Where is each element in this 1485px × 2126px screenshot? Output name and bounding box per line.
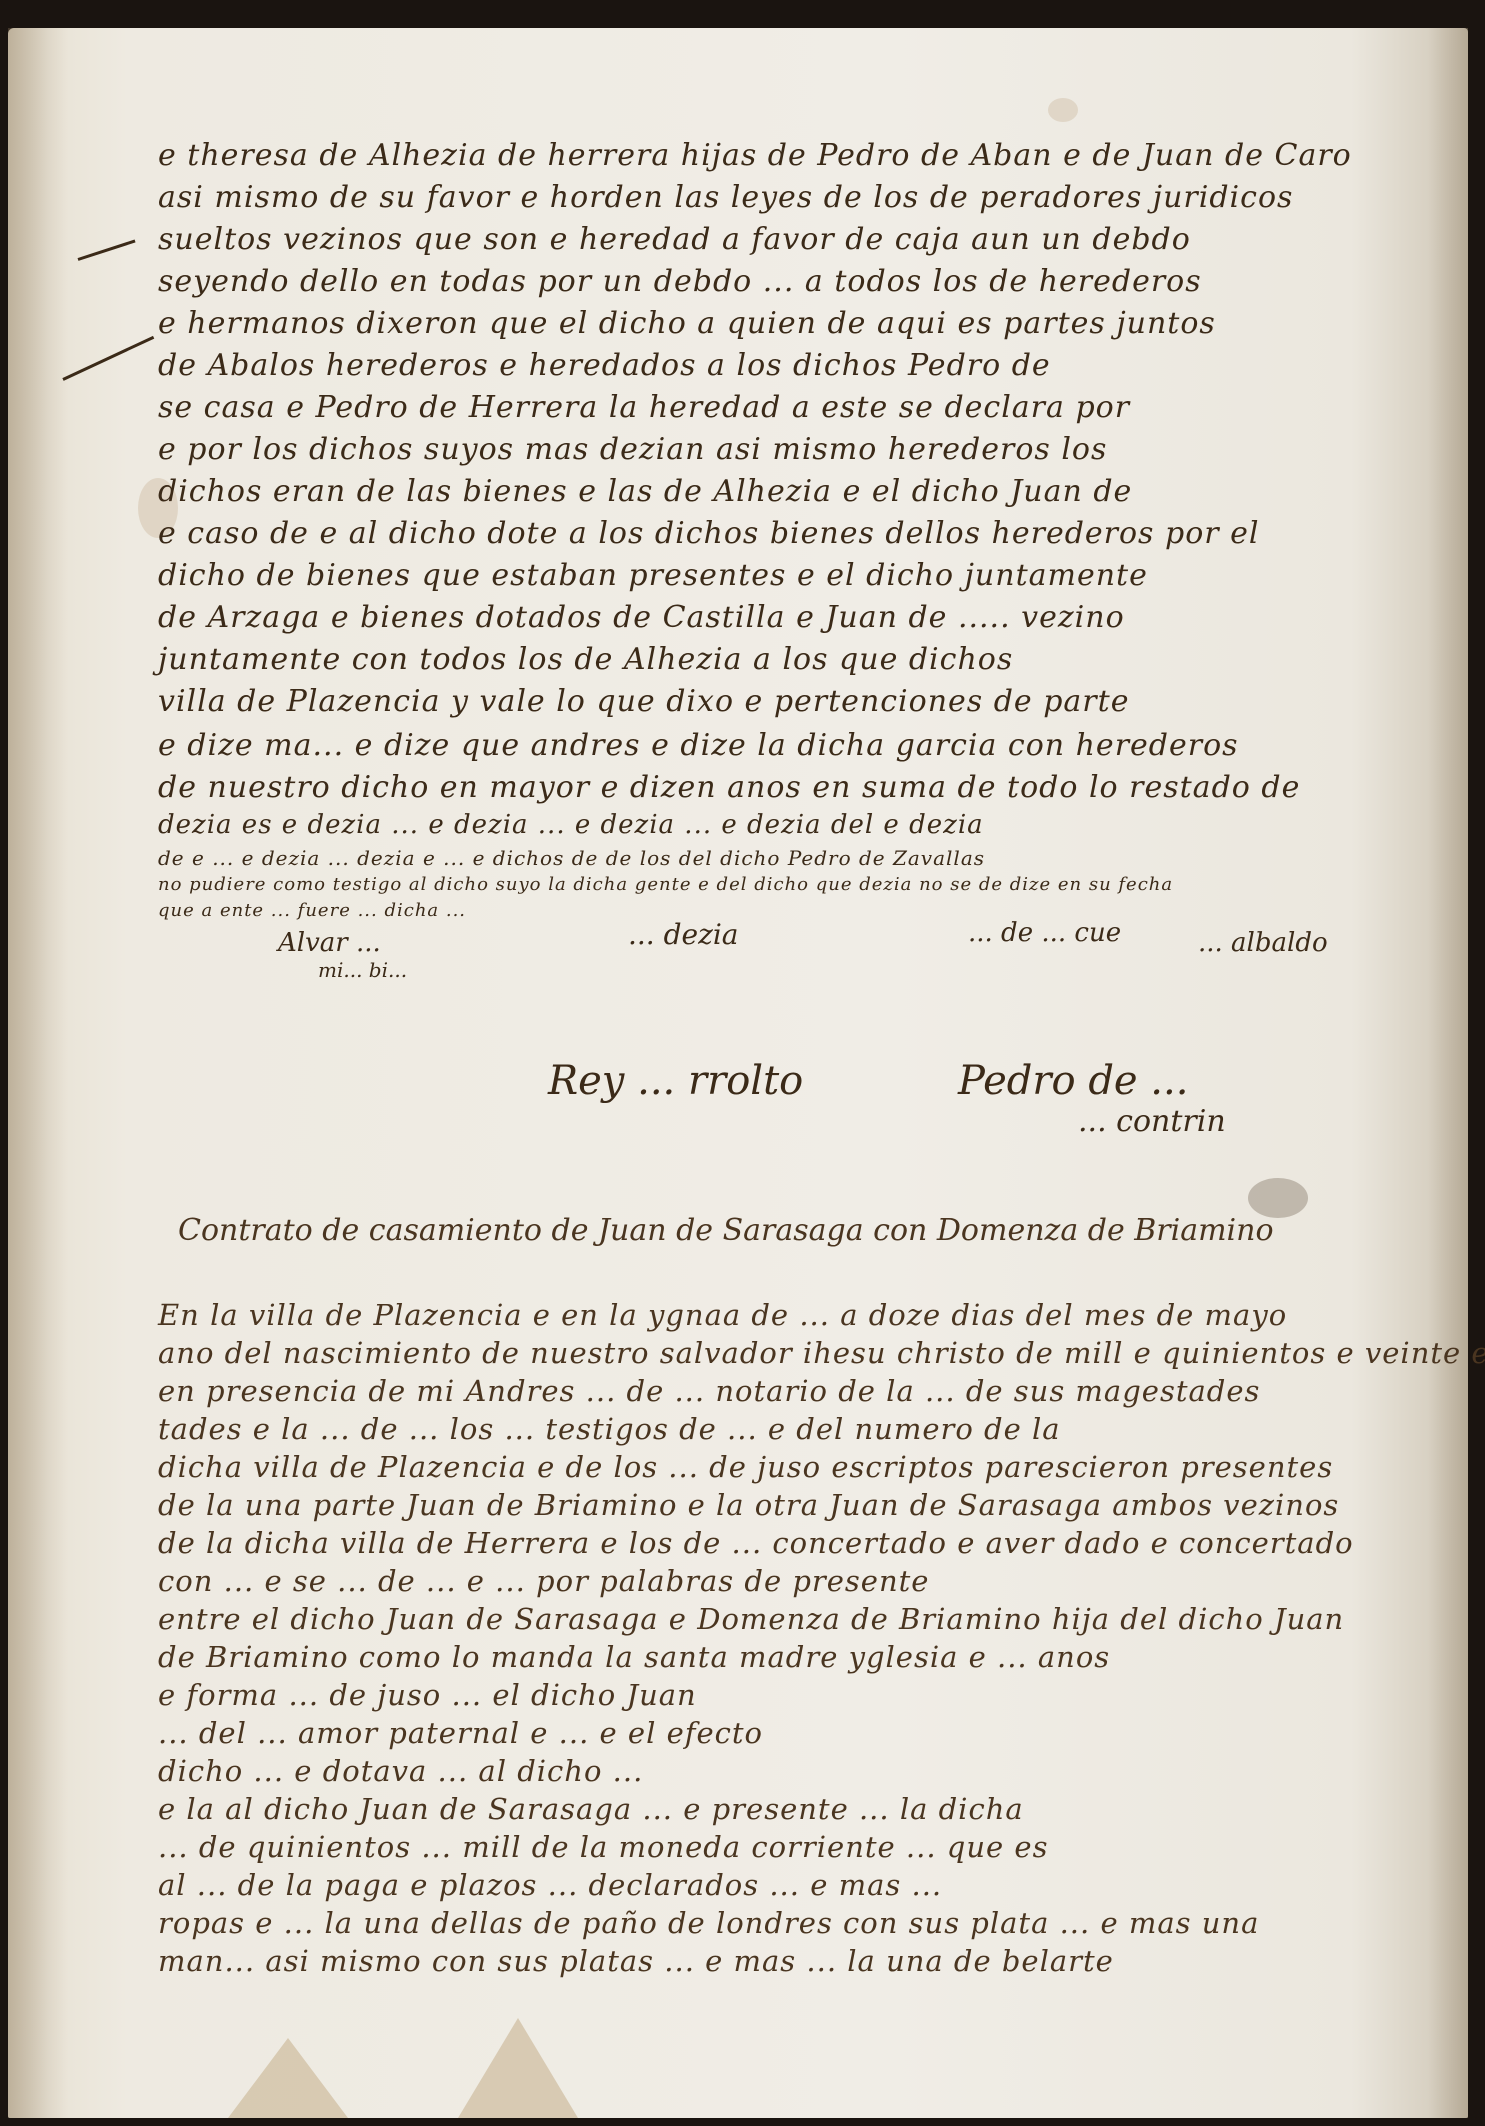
signature: Rey ... rrolto [548, 1058, 803, 1104]
margin-mark [62, 336, 154, 381]
text-line: entre el dicho Juan de Sarasaga e Domenz… [158, 1602, 1344, 1636]
signature: ... albaldo [1198, 928, 1328, 958]
signature-name: ... dezia [628, 918, 739, 951]
text-line: ... de quinientos ... mill de la moneda … [158, 1830, 1048, 1864]
paper-stain [1048, 98, 1078, 122]
text-line: no pudiere como testigo al dicho suyo la… [158, 874, 1173, 895]
text-line: con ... e se ... de ... e ... por palabr… [158, 1564, 929, 1598]
torn-edge [228, 2038, 348, 2118]
text-line: sueltos vezinos que son e heredad a favo… [158, 222, 1191, 257]
signature: ... de ... cue [968, 918, 1121, 948]
text-line: asi mismo de su favor e horden las leyes… [158, 180, 1293, 215]
text-line: dicho de bienes que estaban presentes e … [158, 558, 1148, 593]
signature-name: Pedro de ... [958, 1058, 1226, 1104]
text-line: e la al dicho Juan de Sarasaga ... e pre… [158, 1792, 1024, 1826]
binding-shadow [8, 28, 68, 2118]
text-line: tades e la ... de ... los ... testigos d… [158, 1412, 1061, 1446]
text-line: e hermanos dixeron que el dicho a quien … [158, 306, 1216, 341]
text-line: de la dicha villa de Herrera e los de ..… [158, 1526, 1354, 1560]
text-line: de nuestro dicho en mayor e dizen anos e… [158, 770, 1300, 805]
text-line: dicho ... e dotava ... al dicho ... [158, 1754, 643, 1788]
text-line: e por los dichos suyos mas dezian asi mi… [158, 432, 1107, 467]
text-line: ropas e ... la una dellas de paño de lon… [158, 1906, 1259, 1940]
text-line: dezia es e dezia ... e dezia ... e dezia… [158, 810, 984, 840]
text-line: ... del ... amor paternal e ... e el efe… [158, 1716, 763, 1750]
text-line: e dize ma... e dize que andres e dize la… [158, 728, 1239, 763]
signature: Alvar ... mi... bi... [278, 928, 407, 982]
text-line: villa de Plazencia y vale lo que dixo e … [158, 684, 1129, 719]
signature-name: Alvar ... [278, 928, 407, 958]
text-line: de Abalos herederos e heredados a los di… [158, 348, 1051, 383]
text-line: de la una parte Juan de Briamino e la ot… [158, 1488, 1339, 1522]
text-line: e forma ... de juso ... el dicho Juan [158, 1678, 697, 1712]
signature: ... dezia [628, 918, 739, 951]
torn-edge [458, 2018, 578, 2118]
text-line: se casa e Pedro de Herrera la heredad a … [158, 390, 1130, 425]
text-line: de e ... e dezia ... dezia e ... e dicho… [158, 846, 985, 870]
text-line: e theresa de Alhezia de herrera hijas de… [158, 138, 1352, 173]
signature-name: ... albaldo [1198, 928, 1328, 958]
margin-mark [78, 240, 136, 261]
manuscript-page: e theresa de Alhezia de herrera hijas de… [8, 28, 1468, 2118]
text-line: de Briamino como lo manda la santa madre… [158, 1640, 1110, 1674]
page-edge-shadow [1428, 28, 1468, 2118]
text-line: que a ente ... fuere ... dicha ... [158, 900, 466, 921]
text-line: e caso de e al dicho dote a los dichos b… [158, 516, 1259, 551]
ink-blot [1248, 1178, 1308, 1218]
signature-name: Rey ... rrolto [548, 1058, 803, 1104]
text-line: al ... de la paga e plazos ... declarado… [158, 1868, 942, 1902]
text-line: dichos eran de las bienes e las de Alhez… [158, 474, 1132, 509]
text-line: en presencia de mi Andres ... de ... not… [158, 1374, 1260, 1408]
signature-name: ... de ... cue [968, 918, 1121, 948]
text-line: dicha villa de Plazencia e de los ... de… [158, 1450, 1333, 1484]
text-line: de Arzaga e bienes dotados de Castilla e… [158, 600, 1125, 635]
signature-sub: mi... bi... [278, 958, 407, 982]
text-line: En la villa de Plazencia e en la ygnaa d… [158, 1298, 1287, 1332]
text-line: seyendo dello en todas por un debdo ... … [158, 264, 1202, 299]
text-line: juntamente con todos los de Alhezia a lo… [158, 642, 1013, 677]
section-heading: Contrato de casamiento de Juan de Sarasa… [178, 1213, 1274, 1248]
signature-sub: ... contrin [958, 1104, 1226, 1139]
text-line: man... asi mismo con sus platas ... e ma… [158, 1944, 1114, 1978]
text-line: ano del nascimiento de nuestro salvador … [158, 1336, 1485, 1370]
signature: Pedro de ... ... contrin [958, 1058, 1226, 1139]
